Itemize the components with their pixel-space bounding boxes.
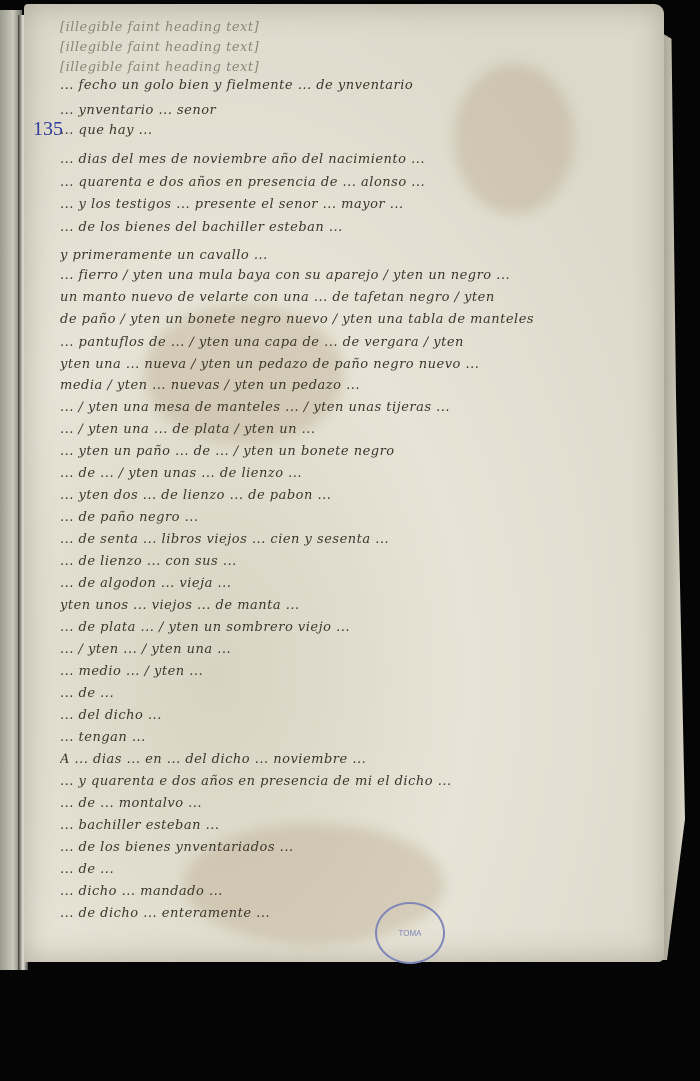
manuscript-line: ... de ... <box>60 686 650 701</box>
manuscript-line: ... de paño negro ... <box>60 510 650 525</box>
manuscript-line: ... de ... <box>60 862 650 877</box>
manuscript-line: ... tengan ... <box>60 730 650 745</box>
manuscript-line: ... de los bienes del bachiller esteban … <box>60 220 650 235</box>
archive-stamp: TOMA <box>375 902 445 964</box>
manuscript-line: ... bachiller esteban ... <box>60 818 650 833</box>
manuscript-line: yten una ... nueva / yten un pedazo de p… <box>60 357 650 372</box>
manuscript-line: ... de lienzo ... con sus ... <box>60 554 650 569</box>
manuscript-line: ... pantuflos de ... / yten una capa de … <box>60 335 650 350</box>
stamp-label: TOMA <box>399 929 422 938</box>
manuscript-line: ... del dicho ... <box>60 708 650 723</box>
manuscript-line: ... de ... / yten unas ... de lienzo ... <box>60 466 650 481</box>
manuscript-line: ... fecho un golo bien y fielmente ... d… <box>60 78 650 93</box>
manuscript-line: ... de dicho ... enteramente ... <box>60 906 650 921</box>
manuscript-line: [illegible faint heading text] <box>60 40 650 55</box>
manuscript-line: de paño / yten un bonete negro nuevo / y… <box>60 312 650 327</box>
manuscript-line: ... y quarenta e dos años en presencia d… <box>60 774 650 789</box>
manuscript-line: ... yten un paño ... de ... / yten un bo… <box>60 444 650 459</box>
manuscript-line: ... que hay ... <box>60 123 650 138</box>
manuscript-line: y primeramente un cavallo ... <box>60 248 650 263</box>
manuscript-line: ... y los testigos ... presente el senor… <box>60 197 650 212</box>
manuscript-line: ... de senta ... libros viejos ... cien … <box>60 532 650 547</box>
manuscript-line: un manto nuevo de velarte con una ... de… <box>60 290 650 305</box>
manuscript-line: A ... dias ... en ... del dicho ... novi… <box>60 752 650 767</box>
folio-number: 135 <box>33 118 63 141</box>
manuscript-line: ... quarenta e dos años en presencia de … <box>60 175 650 190</box>
manuscript-line: ... de ... montalvo ... <box>60 796 650 811</box>
manuscript-line: ... yten dos ... de lienzo ... de pabon … <box>60 488 650 503</box>
manuscript-line: ... / yten ... / yten una ... <box>60 642 650 657</box>
manuscript-line: ... ynventario ... senor <box>60 103 650 118</box>
manuscript-line: ... de algodon ... vieja ... <box>60 576 650 591</box>
manuscript-line: ... dias del mes de noviembre año del na… <box>60 152 650 167</box>
manuscript-line: ... de plata ... / yten un sombrero viej… <box>60 620 650 635</box>
manuscript-line: ... / yten una ... de plata / yten un ..… <box>60 422 650 437</box>
manuscript-line: [illegible faint heading text] <box>60 60 650 75</box>
manuscript-line: ... / yten una mesa de manteles ... / yt… <box>60 400 650 415</box>
manuscript-line: ... medio ... / yten ... <box>60 664 650 679</box>
manuscript-line: ... fierro / yten una mula baya con su a… <box>60 268 650 283</box>
manuscript-line: ... dicho ... mandado ... <box>60 884 650 899</box>
manuscript-line: [illegible faint heading text] <box>60 20 650 35</box>
manuscript-line: yten unos ... viejos ... de manta ... <box>60 598 650 613</box>
manuscript-line: media / yten ... nuevas / yten un pedazo… <box>60 378 650 393</box>
manuscript-line: ... de los bienes ynventariados ... <box>60 840 650 855</box>
